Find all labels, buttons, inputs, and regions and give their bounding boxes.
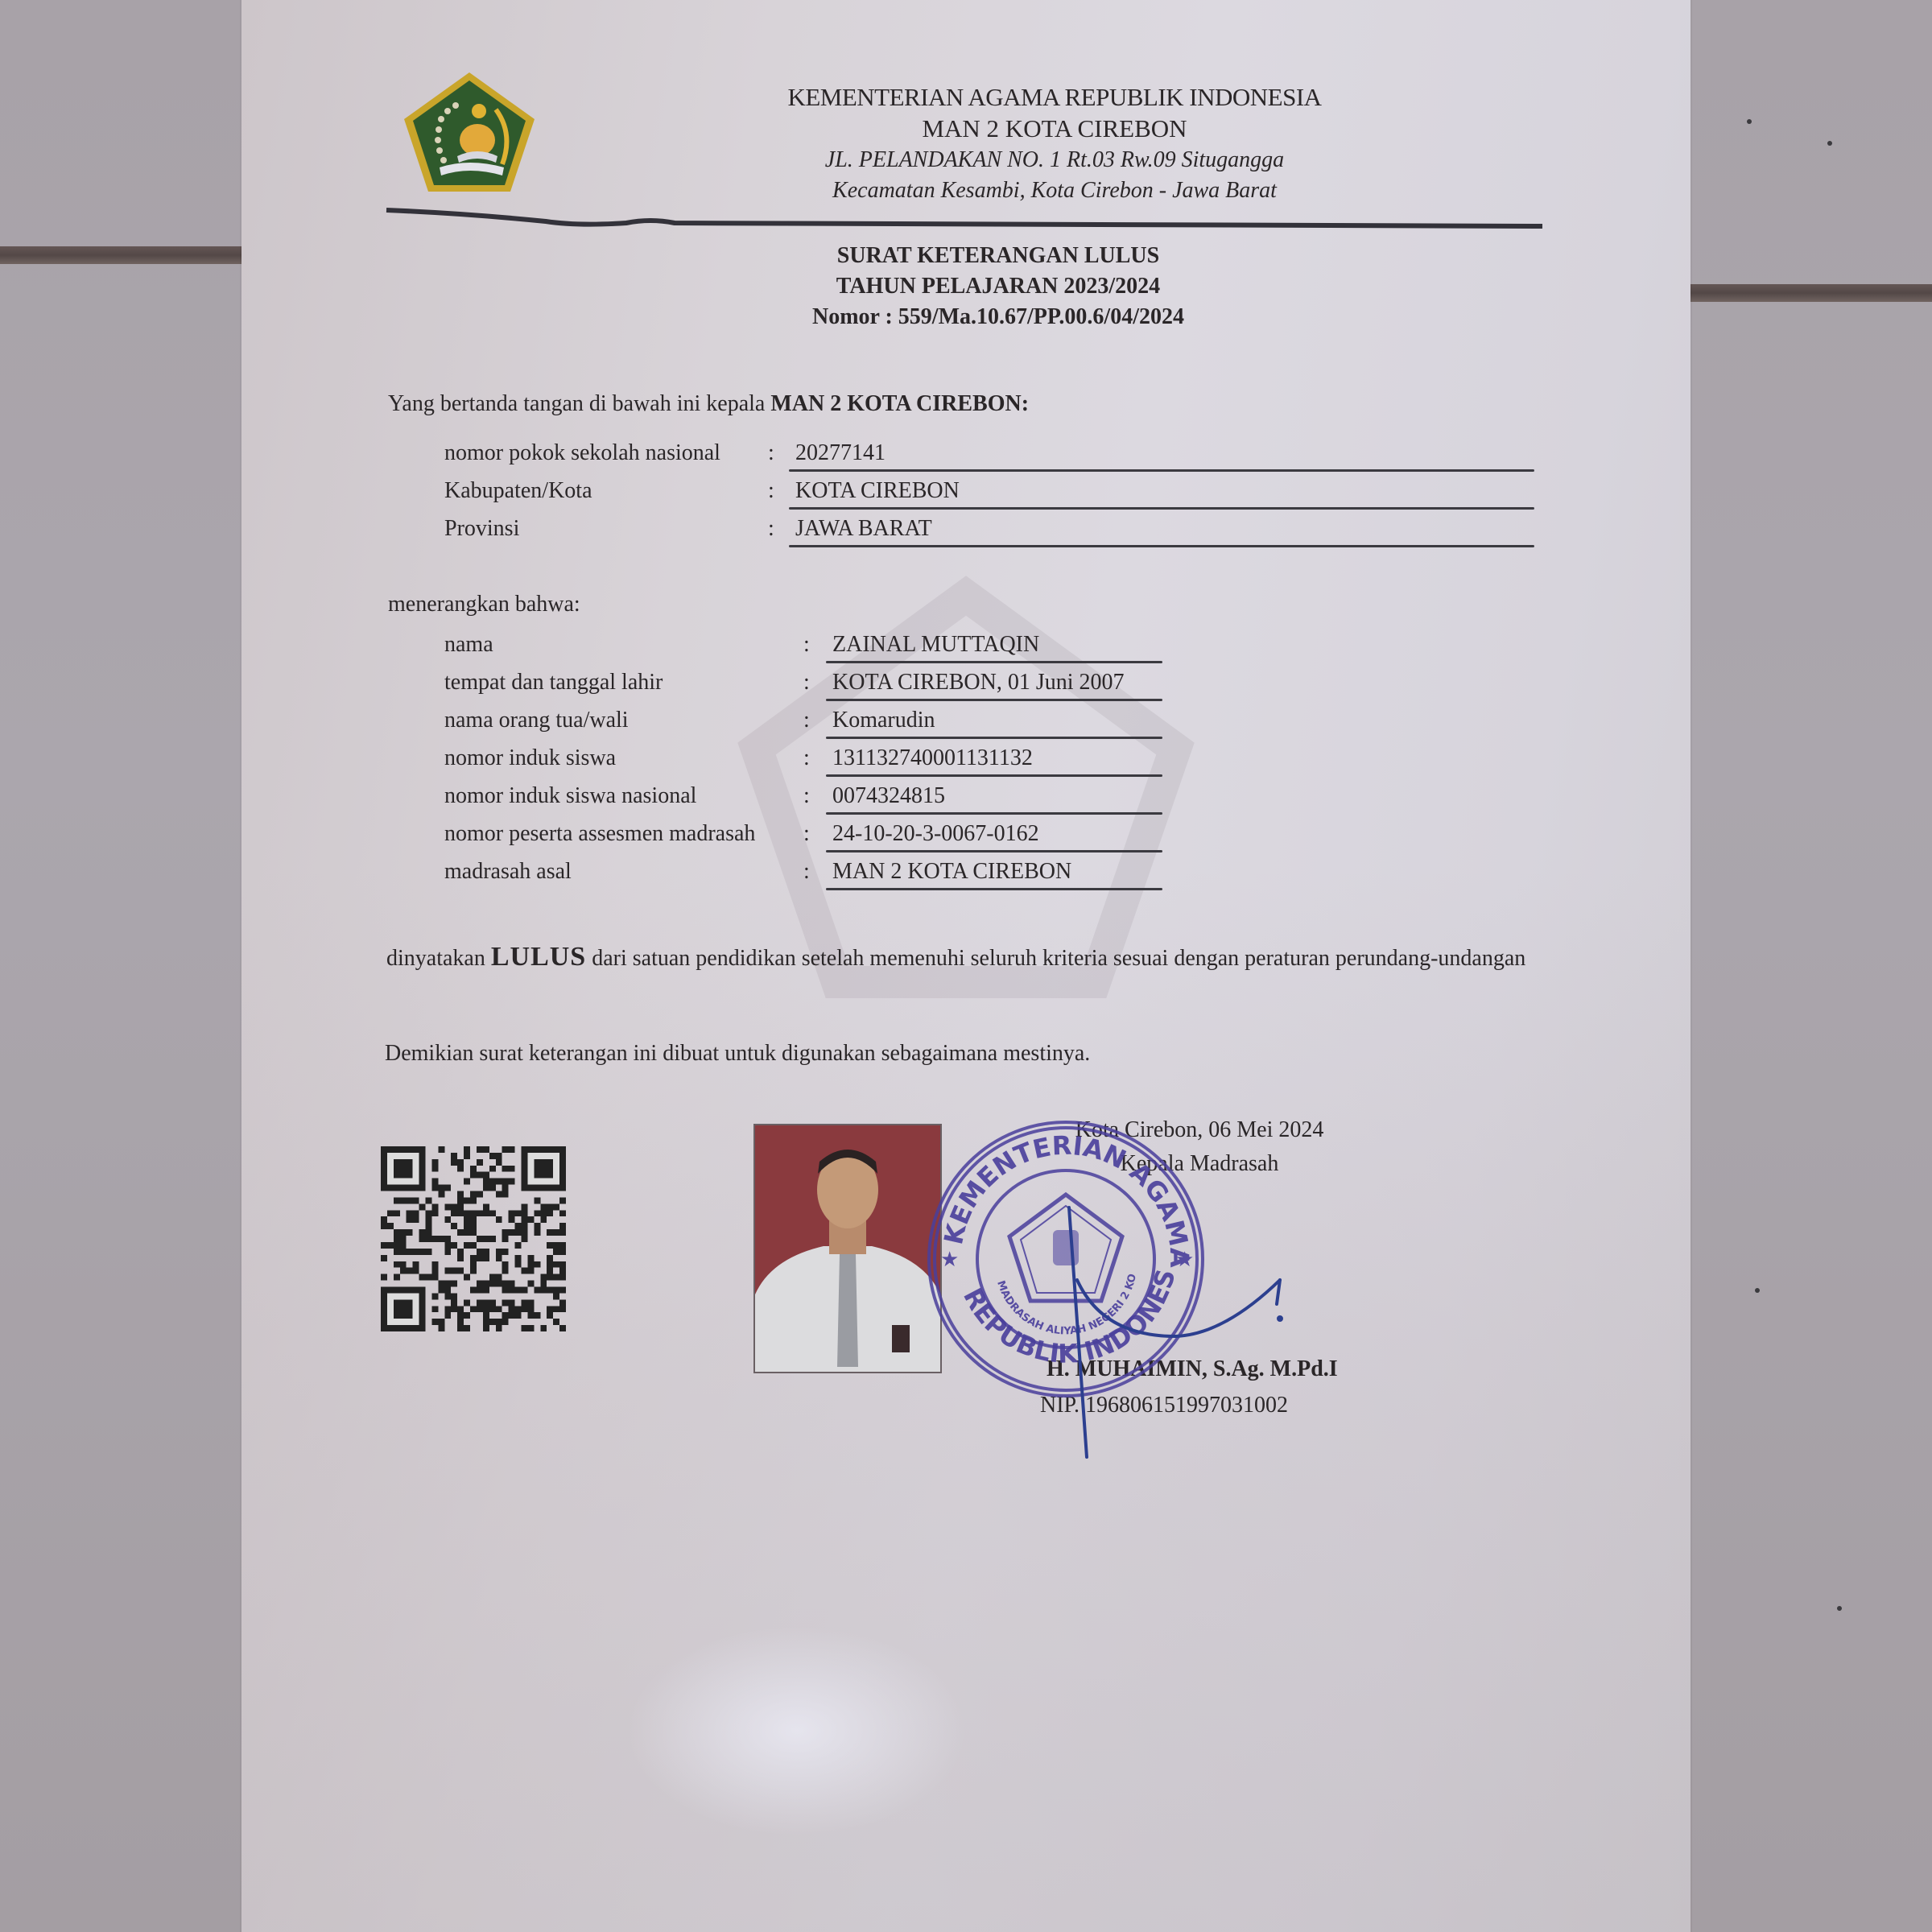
light-glare — [628, 1626, 966, 1835]
underline — [789, 507, 1534, 510]
info-value: MAN 2 KOTA CIREBON — [832, 859, 1071, 885]
info-value: ZAINAL MUTTAQIN — [832, 632, 1039, 658]
intro-sentence: Yang bertanda tangan di bawah ini kepala… — [388, 391, 1029, 417]
info-colon: : — [768, 478, 774, 504]
info-value: 24-10-20-3-0067-0162 — [832, 821, 1039, 847]
document-title-block: SURAT KETERANGAN LULUS TAHUN PELAJARAN 2… — [692, 245, 1304, 336]
underline — [826, 737, 1162, 739]
document-number: Nomor : 559/Ma.10.67/PP.00.6/04/2024 — [692, 306, 1304, 328]
info-label: nama — [444, 632, 493, 658]
underline — [826, 812, 1162, 815]
background-speck — [1755, 1288, 1760, 1293]
info-label: nomor induk siswa — [444, 745, 616, 771]
info-colon: : — [803, 821, 810, 847]
handwritten-signature — [1014, 1199, 1288, 1465]
info-value: KOTA CIREBON, 01 Juni 2007 — [832, 670, 1125, 696]
tile-seam-right — [1690, 284, 1932, 302]
info-colon: : — [803, 708, 810, 733]
address-line-1: JL. PELANDAKAN NO. 1 Rt.03 Rw.09 Situgan… — [692, 149, 1417, 171]
underline — [789, 469, 1534, 472]
info-colon: : — [803, 783, 810, 809]
info-value: 0074324815 — [832, 783, 945, 809]
closing-sentence: Demikian surat keterangan ini dibuat unt… — [385, 1041, 1090, 1067]
info-value: 131132740001131132 — [832, 745, 1033, 771]
info-colon: : — [768, 516, 774, 542]
info-colon: : — [803, 670, 810, 696]
info-value: Komarudin — [832, 708, 935, 733]
underline — [826, 850, 1162, 852]
status-badge: LULUS — [491, 942, 586, 972]
info-colon: : — [803, 859, 810, 885]
address-line-2: Kecamatan Kesambi, Kota Cirebon - Jawa B… — [692, 180, 1417, 202]
tile-seam-left — [0, 246, 242, 264]
info-label: tempat dan tanggal lahir — [444, 670, 663, 696]
info-value: 20277141 — [795, 440, 885, 466]
background-speck — [1827, 141, 1832, 146]
intro-school-name: MAN 2 KOTA CIREBON: — [770, 391, 1029, 416]
info-label: Kabupaten/Kota — [444, 478, 592, 504]
underline — [826, 888, 1162, 890]
student-photo — [753, 1124, 942, 1373]
academic-year: TAHUN PELAJARAN 2023/2024 — [692, 275, 1304, 298]
svg-text:★: ★ — [940, 1248, 959, 1272]
graduation-statement: dinyatakan LULUS dari satuan pendidikan … — [386, 940, 1531, 975]
info-label: nomor pokok sekolah nasional — [444, 440, 720, 466]
info-colon: : — [803, 632, 810, 658]
info-label: madrasah asal — [444, 859, 572, 885]
header-divider — [385, 205, 1544, 229]
student-portrait-icon — [755, 1125, 940, 1372]
underline — [826, 699, 1162, 701]
underline — [789, 545, 1534, 547]
document-title: SURAT KETERANGAN LULUS — [692, 245, 1304, 267]
school-name: MAN 2 KOTA CIREBON — [692, 116, 1417, 141]
background-speck — [1837, 1606, 1842, 1611]
underline — [826, 661, 1162, 663]
info-colon: : — [803, 745, 810, 771]
background-speck — [1747, 119, 1752, 124]
info-label: Provinsi — [444, 516, 519, 542]
kemenag-emblem-icon — [401, 69, 538, 195]
info-value: KOTA CIREBON — [795, 478, 960, 504]
info-label: nama orang tua/wali — [444, 708, 629, 733]
underline — [826, 774, 1162, 777]
ministry-name: KEMENTERIAN AGAMA REPUBLIK INDONESIA — [692, 85, 1417, 109]
student-intro: menerangkan bahwa: — [388, 592, 580, 617]
info-colon: : — [768, 440, 774, 466]
letterhead: KEMENTERIAN AGAMA REPUBLIK INDONESIA MAN… — [692, 85, 1417, 202]
info-value: JAWA BARAT — [795, 516, 932, 542]
info-label: nomor peserta assesmen madrasah — [444, 821, 755, 847]
qr-code-icon — [378, 1146, 568, 1331]
info-label: nomor induk siswa nasional — [444, 783, 696, 809]
